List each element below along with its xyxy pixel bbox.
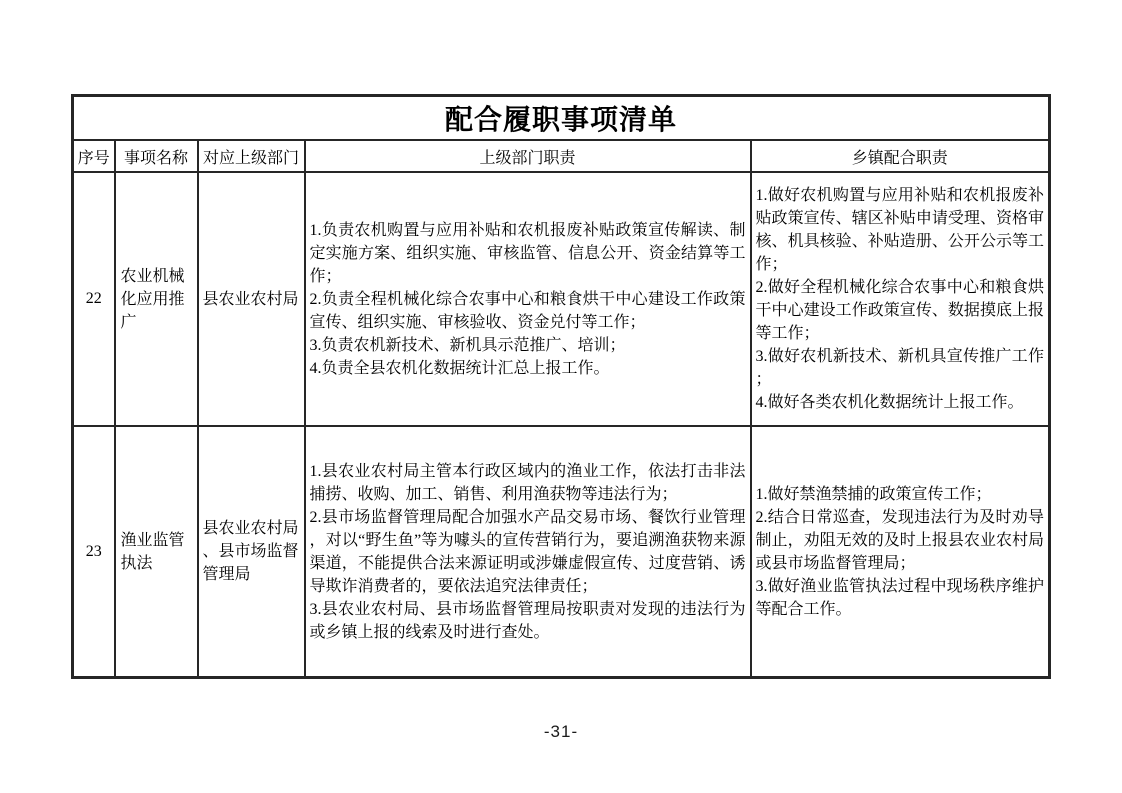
row-superior-duties: 1.县农业农村局主管本行政区域内的渔业工作，依法打击非法捕捞、收购、加工、销售、… [305,426,751,678]
row-item-name: 农业机械化应用推广 [115,172,198,426]
table-title: 配合履职事项清单 [73,96,1050,141]
row-township-duties: 1.做好禁渔禁捕的政策宣传工作； 2.结合日常巡查，发现违法行为及时劝导制止，劝… [751,426,1050,678]
cooperation-duties-table: 配合履职事项清单 序号 事项名称 对应上级部门 上级部门职责 乡镇配合职责 22… [71,94,1051,679]
header-item-name: 事项名称 [115,140,198,172]
table-row: 23 渔业监管执法 县农业农村局、县市场监督管理局 1.县农业农村局主管本行政区… [73,426,1050,678]
page-number: -31- [0,722,1122,742]
header-township-duties: 乡镇配合职责 [751,140,1050,172]
row-superior-department: 县农业农村局 [198,172,305,426]
table-row: 22 农业机械化应用推广 县农业农村局 1.负责农机购置与应用补贴和农机报废补贴… [73,172,1050,426]
table-title-row: 配合履职事项清单 [73,96,1050,141]
header-superior-duties: 上级部门职责 [305,140,751,172]
row-superior-department: 县农业农村局、县市场监督管理局 [198,426,305,678]
row-superior-duties: 1.负责农机购置与应用补贴和农机报废补贴政策宣传解读、制定实施方案、组织实施、审… [305,172,751,426]
row-seq-number: 23 [73,426,115,678]
row-township-duties: 1.做好农机购置与应用补贴和农机报废补贴政策宣传、辖区补贴申请受理、资格审核、机… [751,172,1050,426]
row-item-name: 渔业监管执法 [115,426,198,678]
header-seq-number: 序号 [73,140,115,172]
table-header-row: 序号 事项名称 对应上级部门 上级部门职责 乡镇配合职责 [73,140,1050,172]
header-superior-department: 对应上级部门 [198,140,305,172]
row-seq-number: 22 [73,172,115,426]
